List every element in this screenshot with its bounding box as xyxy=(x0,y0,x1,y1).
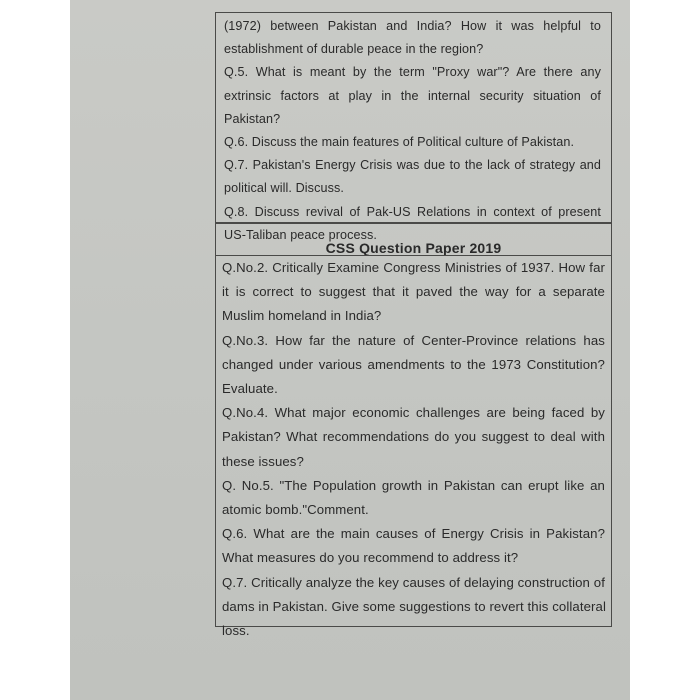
question-text-line: Evaluate. xyxy=(222,377,605,401)
question-text-line: (1972) between Pakistan and India? How i… xyxy=(224,15,601,38)
question-text-line: political will. Discuss. xyxy=(224,177,601,200)
question-text-line: extrinsic factors at play in the interna… xyxy=(224,85,601,108)
question-text-line: Q.No.2. Critically Examine Congress Mini… xyxy=(222,256,605,280)
question-text-line: it is correct to suggest that it paved t… xyxy=(222,280,605,304)
question-text-line: Q.No.4. What major economic challenges a… xyxy=(222,401,605,425)
question-text-line: Pakistan? What recommendations do you su… xyxy=(222,425,605,449)
question-text-line: Q.6. Discuss the main features of Politi… xyxy=(224,131,601,154)
question-text-line: Q.6. What are the main causes of Energy … xyxy=(222,522,605,546)
question-text-line: atomic bomb."Comment. xyxy=(222,498,605,522)
question-text-line: Q.5. What is meant by the term "Proxy wa… xyxy=(224,61,601,84)
question-text-line: Q.No.3. How far the nature of Center-Pro… xyxy=(222,329,605,353)
css-2019-questions: Q.No.2. Critically Examine Congress Mini… xyxy=(215,255,612,627)
question-text-line: these issues? xyxy=(222,450,605,474)
question-text-line: loss. xyxy=(222,619,605,643)
question-text-line: Pakistan? xyxy=(224,108,601,131)
section-header: CSS Question Paper 2019 xyxy=(215,222,612,256)
question-text-line: Q.7. Pakistan's Energy Crisis was due to… xyxy=(224,154,601,177)
question-text-line: Q. No.5. "The Population growth in Pakis… xyxy=(222,474,605,498)
section-title: CSS Question Paper 2019 xyxy=(216,240,611,256)
question-text-line: establishment of durable peace in the re… xyxy=(224,38,601,61)
question-text-line: changed under various amendments to the … xyxy=(222,353,605,377)
previous-paper-questions: (1972) between Pakistan and India? How i… xyxy=(215,12,612,224)
question-text-line: Q.7. Critically analyze the key causes o… xyxy=(222,571,605,595)
paper-photo: (1972) between Pakistan and India? How i… xyxy=(70,0,630,700)
question-text-line: dams in Pakistan. Give some suggestions … xyxy=(222,595,605,619)
question-text-line: What measures do you recommend to addres… xyxy=(222,546,605,570)
question-text-line: Q.8. Discuss revival of Pak-US Relations… xyxy=(224,201,601,224)
question-text-line: Muslim homeland in India? xyxy=(222,304,605,328)
